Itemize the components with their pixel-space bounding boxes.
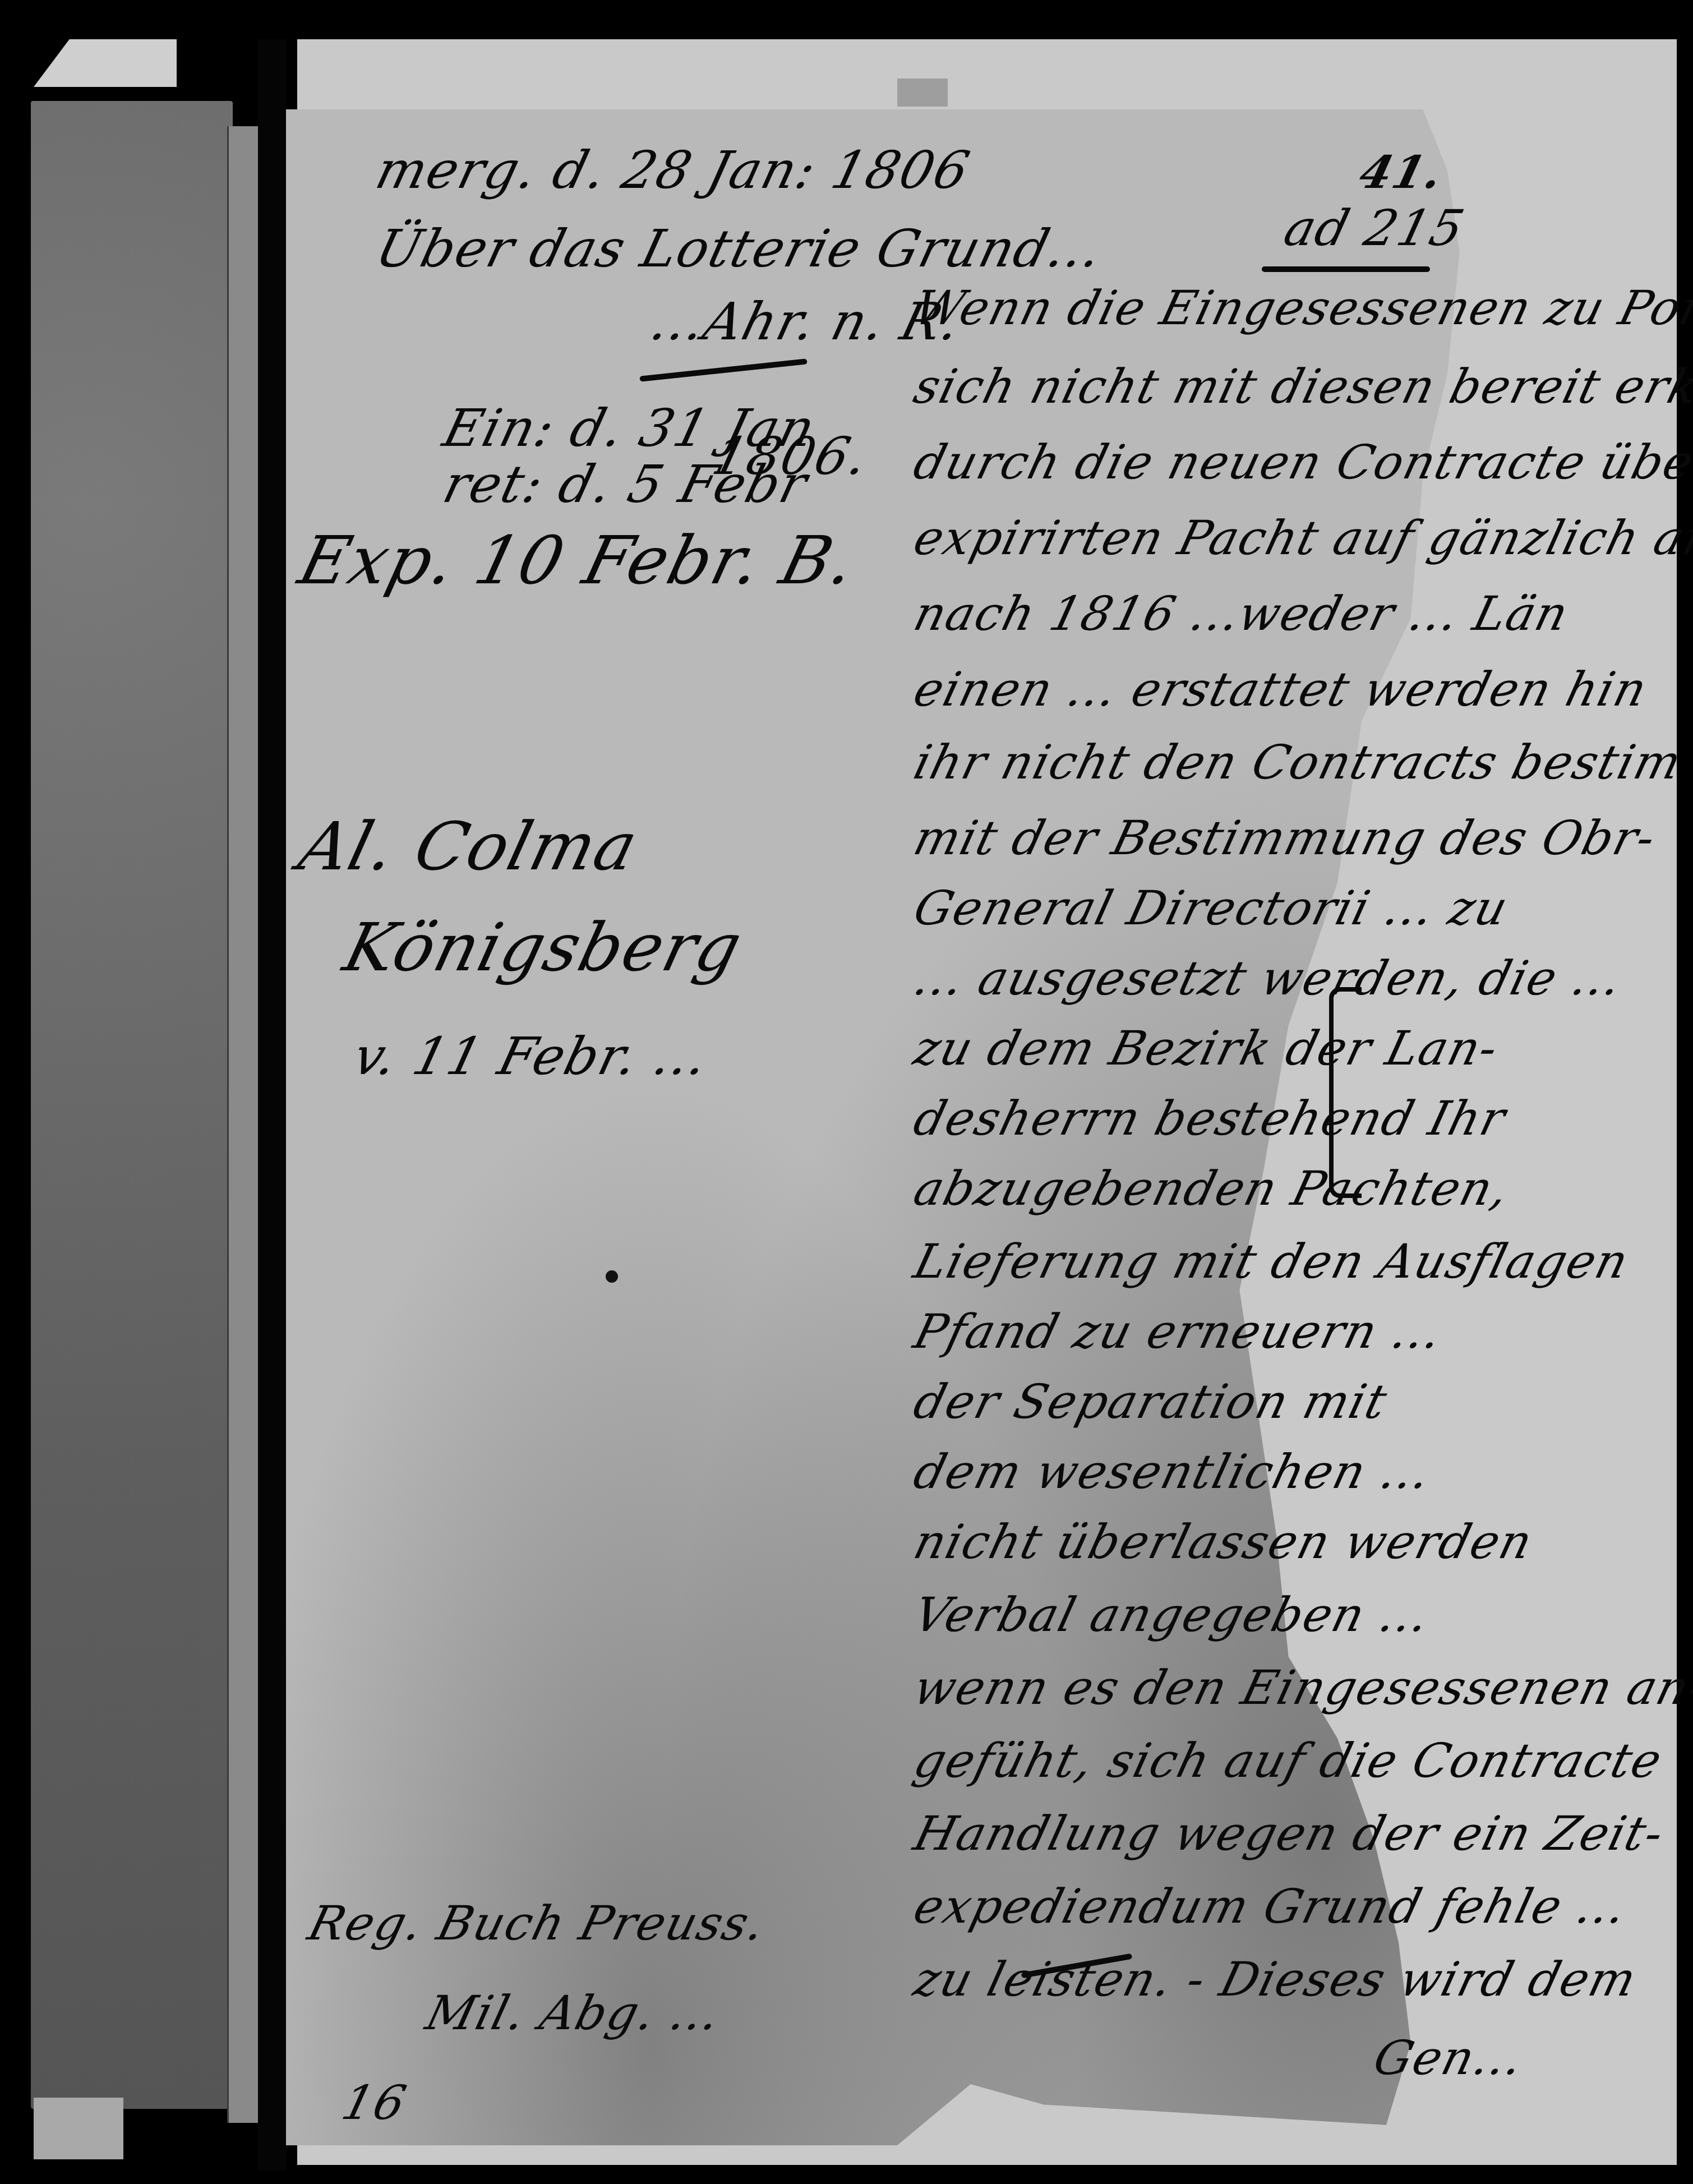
- folio-number: 41.: [1354, 146, 1449, 199]
- header-line-1: merg. d. 28 Jan: 1806: [370, 140, 976, 200]
- body-line: mit der Bestimmung des Obr-: [908, 810, 1662, 865]
- name-line-1: Al. Colma: [292, 808, 646, 885]
- cover-bottom-fragment: [34, 2098, 123, 2159]
- body-line: wenn es den Eingesessenen an-: [908, 1660, 1693, 1715]
- body-line: Lieferung mit den Ausflagen: [908, 1234, 1635, 1289]
- signature-line-2: Mil. Abg. ...: [421, 1985, 726, 2040]
- body-line: gefüht, sich auf die Contracte: [908, 1733, 1668, 1788]
- reference-number: ad 215: [1279, 199, 1470, 257]
- name-line-2: Königsberg: [336, 909, 750, 986]
- date-entry-year: 1806.: [707, 426, 875, 486]
- body-line: durch die neuen Contracte über ge: [908, 435, 1693, 490]
- body-line: einen ... erstattet werden hin: [908, 662, 1653, 717]
- body-line: nicht überlassen werden: [908, 1514, 1539, 1569]
- body-line: zu dem Bezirk der Lan-: [908, 1021, 1504, 1076]
- body-line: Verbal angegeben ...: [908, 1587, 1436, 1642]
- margin-bracket: [1329, 987, 1362, 1198]
- body-line: nach 1816 ...weder ... Län: [908, 586, 1575, 641]
- binding-cover: [31, 101, 233, 2109]
- ink-dot: [606, 1270, 618, 1283]
- header-line-2: Über das Lotterie Grund...: [370, 219, 1109, 279]
- reference-underline: [1262, 266, 1430, 272]
- binding-spine: [227, 126, 261, 2123]
- body-line: ... ausgesetzt werden, die ...: [908, 951, 1628, 1006]
- body-line: zu leisten. - Dieses wird dem: [908, 1952, 1643, 2007]
- gutter-shadow: [258, 39, 286, 2171]
- body-line: dem wesentlichen ...: [908, 1444, 1437, 1499]
- body-line: der Separation mit: [908, 1374, 1393, 1429]
- body-line: ihr nicht den Contracts bestim: [908, 735, 1688, 790]
- body-line: expediendum Grund fehle ...: [908, 1879, 1633, 1934]
- name-line-3: v. 11 Febr. ...: [348, 1026, 715, 1086]
- body-line: Wenn die Eingesessenen zu Pomm: [908, 280, 1693, 335]
- body-line: desherrn bestehend Ihr: [908, 1091, 1512, 1146]
- body-line: Pfand zu erneuern ...: [908, 1304, 1448, 1359]
- cover-top-fragment: [34, 39, 177, 87]
- paper-tab: [897, 79, 948, 107]
- body-line: General Directorii ... zu: [908, 881, 1514, 936]
- body-line: sich nicht mit diesen bereit erk: [908, 359, 1693, 414]
- signature-line-1: Reg. Buch Preuss.: [303, 1896, 772, 1951]
- expedition-line: Exp. 10 Febr. B.: [292, 522, 864, 599]
- body-line: expirirten Pacht auf gänzlich an: [908, 510, 1693, 565]
- body-line: Handlung wegen der ein Zeit-: [908, 1806, 1670, 1861]
- body-line: abzugebenden Pachten,: [908, 1161, 1515, 1216]
- body-line: Gen...: [1368, 2030, 1529, 2085]
